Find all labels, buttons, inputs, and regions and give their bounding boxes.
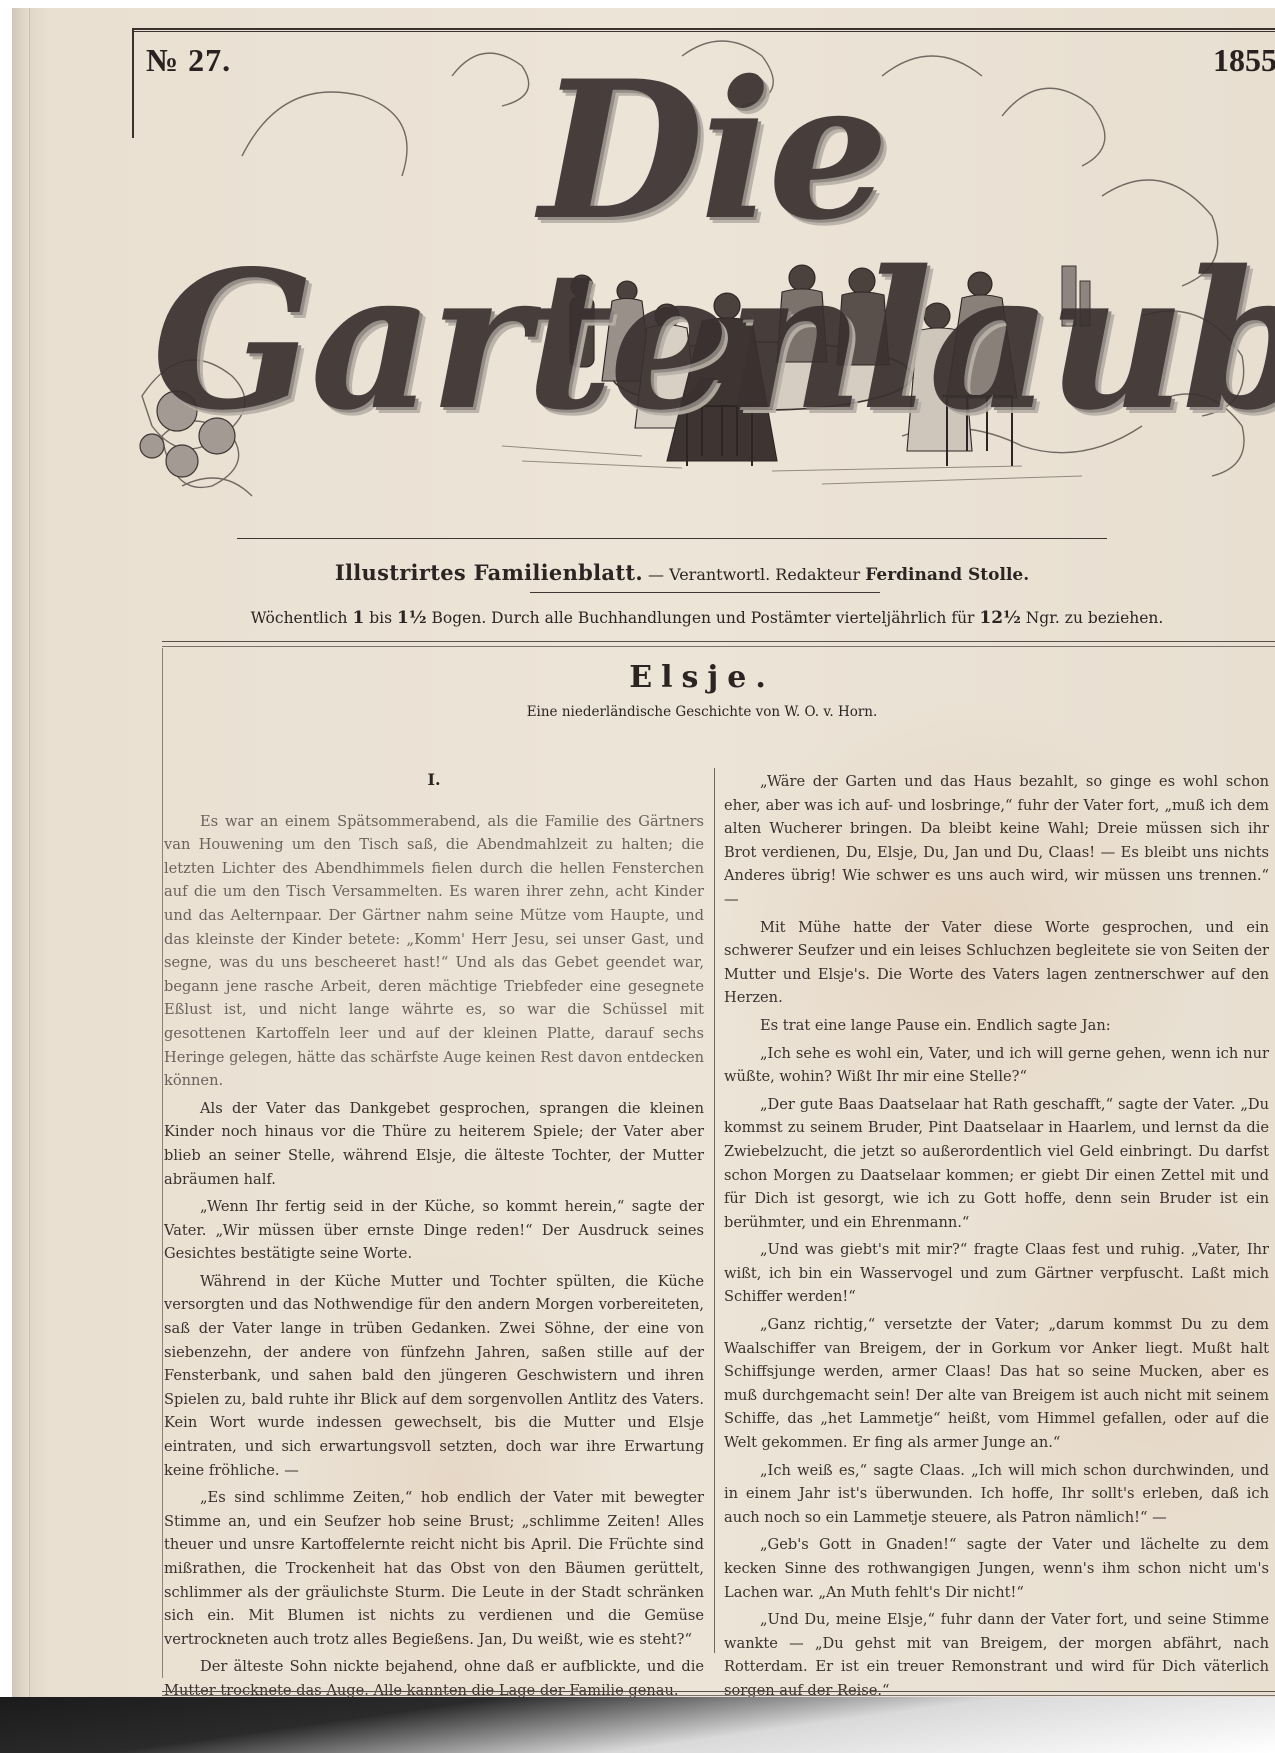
article-byline: Eine niederländische Geschichte von W. O… <box>432 704 972 720</box>
paragraph: „Ich weiß es,“ sagte Claas. „Ich will mi… <box>724 1459 1269 1530</box>
scan-shadow <box>0 1697 1275 1753</box>
subscription-text: Ngr. zu beziehen. <box>1026 609 1164 627</box>
subscription-info: Wöchentlich 1 bis 1½ Bogen. Durch alle B… <box>152 608 1262 628</box>
paragraph: „Geb's Gott in Gnaden!“ sagte der Vater … <box>724 1533 1269 1604</box>
newspaper-page: Die Gartenlaube № 27. 1855. Illustrirtes… <box>12 8 1275 1698</box>
article-column-left: I. Es war an einem Spätsommerabend, als … <box>164 768 704 1707</box>
article-title: Elsje. <box>552 660 852 695</box>
paragraph: „Wenn Ihr fertig seid in der Küche, so k… <box>164 1195 704 1266</box>
subscription-price: 12½ <box>979 608 1020 628</box>
torn-page-edge <box>12 8 30 1698</box>
sheets-min: 1 <box>352 608 364 628</box>
sheets-max: 1½ <box>397 608 427 628</box>
masthead-rule-top <box>237 538 1107 539</box>
issue-number: № 27. <box>146 42 231 79</box>
page-frame-line <box>162 648 163 1678</box>
paragraph: Während in der Küche Mutter und Tochter … <box>164 1270 704 1482</box>
editor-name: Ferdinand Stolle. <box>865 565 1029 585</box>
masthead: Die Gartenlaube № 27. 1855. <box>122 16 1275 536</box>
paragraph: „Ich sehe es wohl ein, Vater, und ich wi… <box>724 1042 1269 1089</box>
publication-year: 1855. <box>1213 42 1275 79</box>
paragraph: „Es sind schlimme Zeiten,“ hob endlich d… <box>164 1486 704 1651</box>
publication-type: Illustrirtes Familienblatt. <box>335 560 643 585</box>
paragraph: Es trat eine lange Pause ein. Endlich sa… <box>724 1014 1269 1038</box>
section-numeral: I. <box>164 768 704 792</box>
article-column-right: „Wäre der Garten und das Haus bezahlt, s… <box>724 770 1269 1707</box>
column-divider <box>714 768 715 1653</box>
editor-prefix: — Verantwortl. Redakteur <box>648 565 860 584</box>
header-double-rule <box>162 641 1275 647</box>
paragraph: „Der gute Baas Daatselaar hat Rath gesch… <box>724 1093 1269 1235</box>
paragraph: Als der Vater das Dankgebet gesprochen, … <box>164 1097 704 1191</box>
subscription-text: Wöchentlich <box>251 609 348 627</box>
subscription-text: Bogen. Durch alle Buchhandlungen und Pos… <box>432 609 975 627</box>
paragraph: „Ganz richtig,“ versetzte der Vater; „da… <box>724 1313 1269 1455</box>
subtitle-rule <box>530 592 880 593</box>
paragraph: Es war an einem Spätsommerabend, als die… <box>164 810 704 1093</box>
masthead-title: Die Gartenlaube <box>152 56 1272 436</box>
subscription-text: bis <box>369 609 392 627</box>
subtitle-line: Illustrirtes Familienblatt. — Verantwort… <box>252 560 1112 585</box>
footer-double-rule <box>162 1691 1275 1696</box>
paragraph: „Und Du, meine Elsje,“ fuhr dann der Vat… <box>724 1608 1269 1702</box>
paragraph: „Und was giebt's mit mir?“ fragte Claas … <box>724 1238 1269 1309</box>
paragraph: „Wäre der Garten und das Haus bezahlt, s… <box>724 770 1269 912</box>
paragraph: Mit Mühe hatte der Vater diese Worte ges… <box>724 916 1269 1010</box>
